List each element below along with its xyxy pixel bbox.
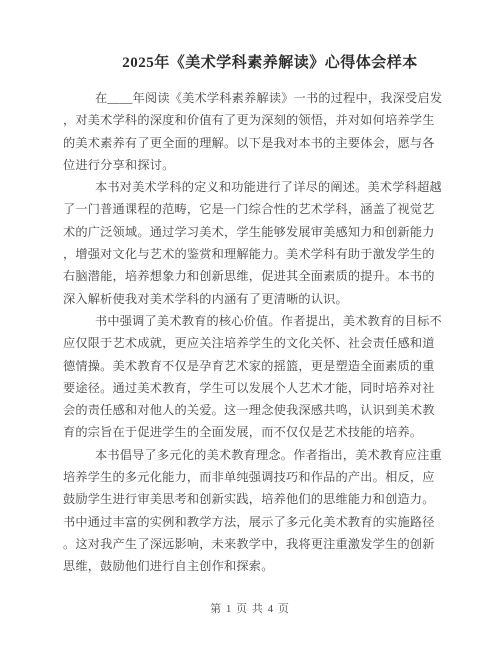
- text-line: 的美术素养有了更全面的理解。以下是我对本书的主要体会，愿与各: [63, 132, 423, 154]
- paragraph: 本书倡导了多元化的美术教育理念。作者指出，美术教育应注重培养学生的多元化能力，而…: [63, 444, 423, 578]
- text-line: 书中通过丰富的实例和教学方法，展示了多元化美术教育的实施路径: [63, 511, 423, 533]
- text-line: 位进行分享和探讨。: [63, 154, 423, 176]
- text-line: 书中强调了美术教育的核心价值。作者提出，美术教育的目标不: [63, 310, 423, 332]
- document-page: 2025年《美术学科素养解读》心得体会样本 在____年阅读《美术学科素养解读》…: [0, 0, 500, 647]
- text-line: 术的广泛领域。通过学习美术，学生能够发展审美感知力和创新能力: [63, 221, 423, 243]
- page-footer: 第 1 页 共 4 页: [0, 601, 500, 617]
- paragraph: 本书对美术学科的定义和功能进行了详尽的阐述。美术学科超越了一门普通课程的范畴，它…: [63, 176, 423, 310]
- text-line: 右脑潜能，培养想象力和创新思维，促进其全面素质的提升。本书的: [63, 265, 423, 287]
- text-line: 本书对美术学科的定义和功能进行了详尽的阐述。美术学科超越: [63, 176, 423, 198]
- paragraph: 在____年阅读《美术学科素养解读》一书的过程中，我深受启发，对美术学科的深度和…: [63, 87, 423, 176]
- text-line: 了一门普通课程的范畴，它是一门综合性的艺术学科，涵盖了视觉艺: [63, 198, 423, 220]
- page-number-text: 第 1 页 共 4 页: [210, 603, 290, 615]
- text-line: ，对美术学科的深度和价值有了更为深刻的领悟，并对如何培养学生: [63, 109, 423, 131]
- document-body: 在____年阅读《美术学科素养解读》一书的过程中，我深受启发，对美术学科的深度和…: [63, 87, 423, 578]
- text-line: 。这对我产生了深远影响，未来教学中，我将更注重激发学生的创新: [63, 533, 423, 555]
- text-line: ，增强对文化与艺术的鉴赏和理解能力。美术学科有助于激发学生的: [63, 243, 423, 265]
- text-line: 深入解析使我对美术学科的内涵有了更清晰的认识。: [63, 288, 423, 310]
- text-line: 要途径。通过美术教育，学生可以发展个人艺术才能，同时培养对社: [63, 377, 423, 399]
- text-line: 会的责任感和对他人的关爱。这一理念使我深感共鸣，认识到美术教: [63, 399, 423, 421]
- text-line: 德情操。美术教育不仅是孕育艺术家的摇篮，更是塑造全面素质的重: [63, 355, 423, 377]
- text-line: 思维，鼓励他们进行自主创作和探索。: [63, 555, 423, 577]
- text-line: 培养学生的多元化能力，而非单纯强调技巧和作品的产出。相反，应: [63, 466, 423, 488]
- paragraph: 书中强调了美术教育的核心价值。作者提出，美术教育的目标不应仅限于艺术成就，更应关…: [63, 310, 423, 444]
- text-line: 育的宗旨在于促进学生的全面发展，而不仅仅是艺术技能的培养。: [63, 421, 423, 443]
- document-title: 2025年《美术学科素养解读》心得体会样本: [90, 51, 450, 72]
- text-line: 在____年阅读《美术学科素养解读》一书的过程中，我深受启发: [63, 87, 423, 109]
- text-line: 应仅限于艺术成就，更应关注培养学生的文化关怀、社会责任感和道: [63, 332, 423, 354]
- text-line: 鼓励学生进行审美思考和创新实践，培养他们的思维能力和创造力。: [63, 488, 423, 510]
- text-line: 本书倡导了多元化的美术教育理念。作者指出，美术教育应注重: [63, 444, 423, 466]
